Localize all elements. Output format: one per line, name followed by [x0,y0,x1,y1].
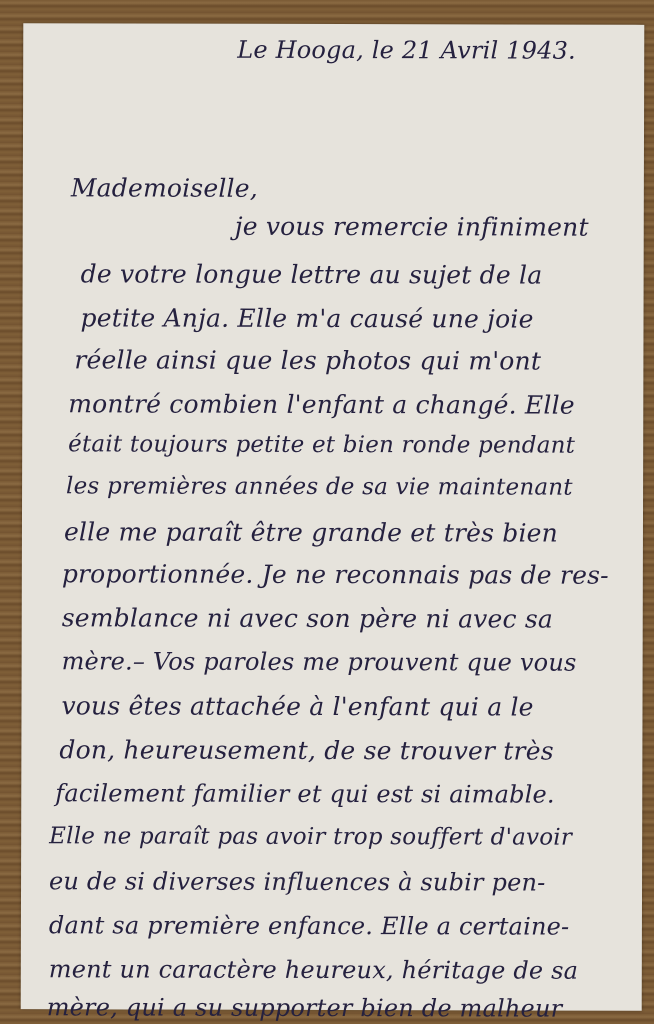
letter-line: je vous remercie infiniment [235,212,615,242]
letter-line: petite Anja. Elle m'a causé une joie [80,303,533,333]
letter-line: mère.– Vos paroles me prouvent que vous [62,647,577,676]
letter-line: don, heureusement, de se trouver très [59,735,553,765]
letter-line: dant sa première enfance. Elle a certain… [49,911,569,940]
letter-line: était toujours petite et bien ronde pend… [68,431,575,458]
letter-line: eu de si diverses influences à subir pen… [49,867,546,896]
letter-line: de votre longue lettre au sujet de la [81,259,543,289]
letter-line: mère, qui a su supporter bien de malheur [47,993,563,1022]
letter-line: proportionnée. Je ne reconnais pas de re… [62,559,609,589]
letter-line: elle me paraît être grande et très bien [64,517,558,547]
letter-page: Le Hooga, le 21 Avril 1943. Mademoiselle… [21,23,645,1011]
place-date-heading: Le Hooga, le 21 Avril 1943. [237,36,576,65]
letter-line: montré combien l'enfant a changé. Elle [68,389,575,419]
letter-line: facilement familier et qui est si aimabl… [55,779,555,808]
letter-line: ment un caractère heureux, héritage de s… [49,955,578,984]
letter-line: semblance ni avec son père ni avec sa [62,603,553,633]
salutation: Mademoiselle, [71,173,258,202]
letter-line: les premières années de sa vie maintenan… [66,473,573,500]
letter-line: Elle ne paraît pas avoir trop souffert d… [49,823,572,850]
letter-line: vous êtes attachée à l'enfant qui a le [61,691,533,721]
letter-line: réelle ainsi que les photos qui m'ont [74,345,541,375]
